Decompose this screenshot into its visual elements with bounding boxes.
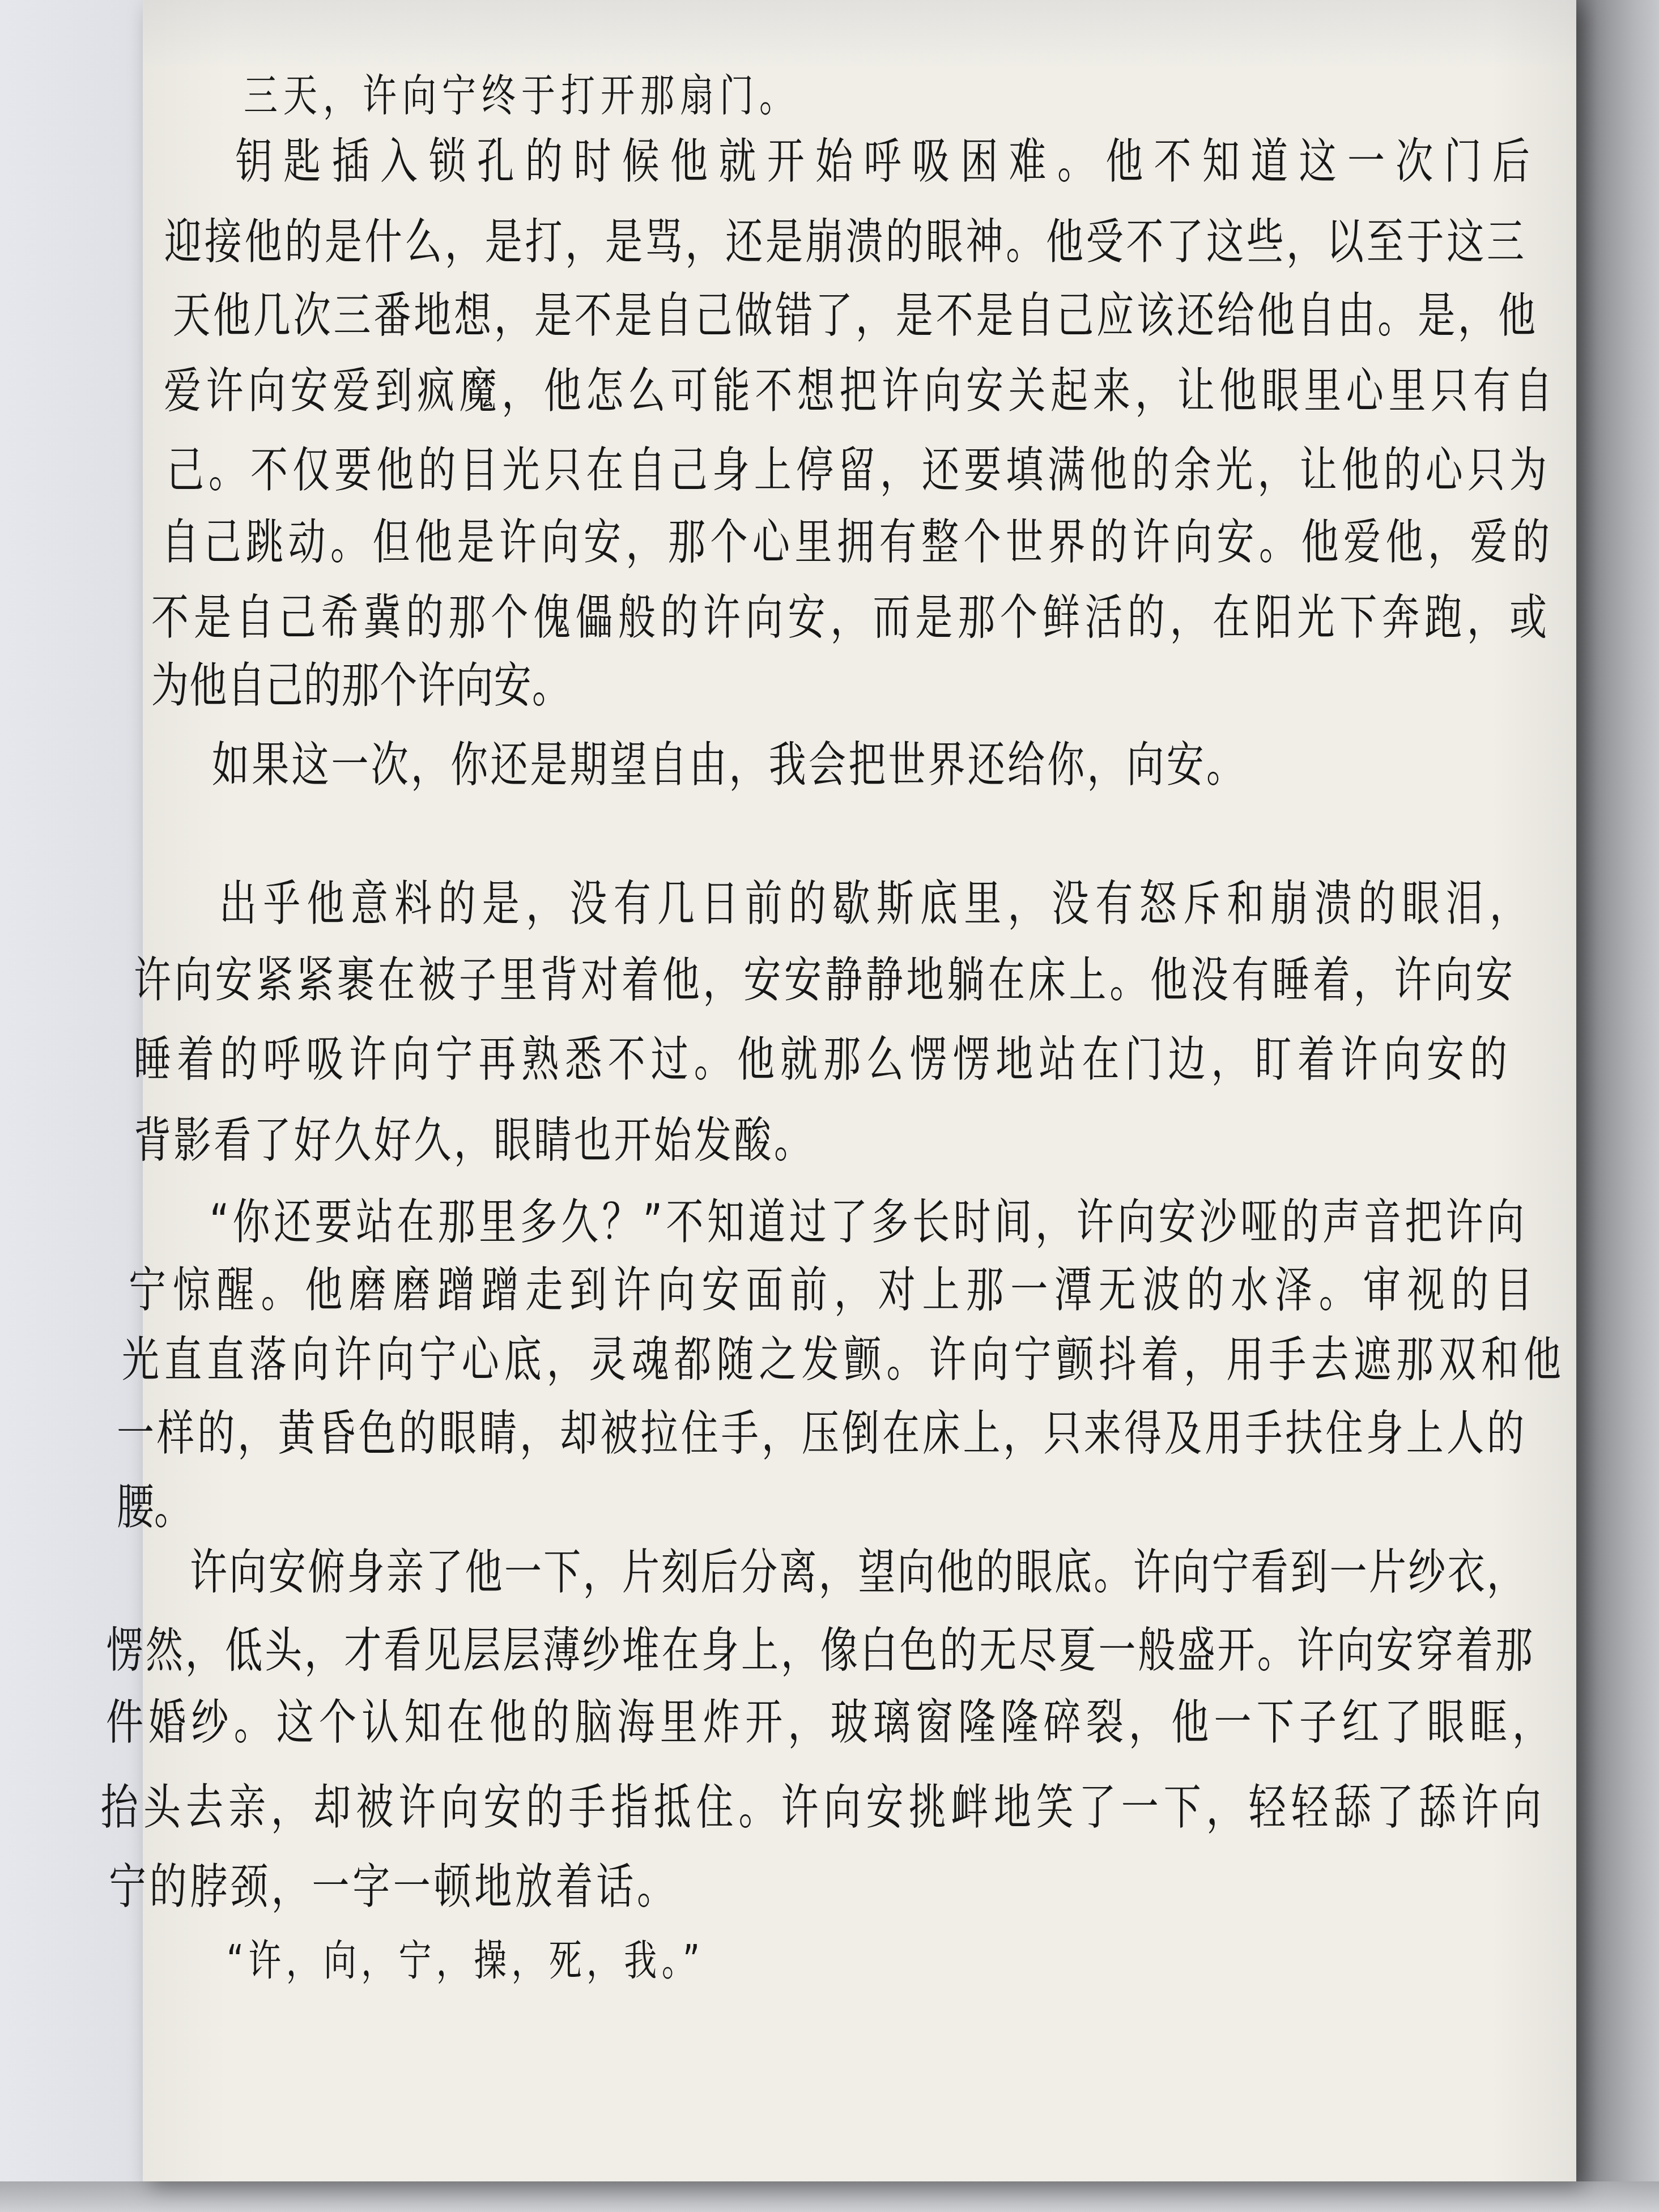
handwritten-line: 件婚纱。这个认知在他的脑海里炸开，玻璃窗隆隆碎裂，他一下子红了眼眶， — [106, 1686, 1550, 1759]
handwritten-line: 如果这一次，你还是期望自由，我会把世界还给你，向安。 — [212, 728, 1244, 802]
handwritten-line: 一样的，黄昏色的眼睛，却被拉住手，压倒在床上，只来得及用手扶住身上人的 — [117, 1397, 1524, 1470]
handwritten-line: 背影看了好久好久，眼睛也开始发酸。 — [134, 1104, 811, 1177]
handwritten-line: 许向安俯身亲了他一下，片刻后分离，望向他的眼底。许向宁看到一片纱衣， — [190, 1535, 1524, 1609]
handwritten-line: 己。不仅要他的目光只在自己身上停留，还要填满他的余光，让他的心只为 — [167, 433, 1547, 507]
handwritten-line: 许向安紧紧裹在被子里背对着他，安安静静地躺在床上。他没有睡着，许向安 — [134, 943, 1513, 1017]
handwritten-line: 为他自己的那个许向安。 — [151, 649, 569, 722]
handwritten-line: 睡着的呼吸许向宁再熟悉不过。他就那么愣愣地站在门边，盯着许向安的 — [134, 1023, 1507, 1096]
handwritten-line: 不是自己希冀的那个傀儡般的许向安，而是那个鲜活的，在阳光下奔跑，或 — [151, 581, 1547, 654]
handwritten-line: 天他几次三番地想，是不是自己做错了，是不是自己应该还给他自由。是，他 — [173, 279, 1535, 352]
handwritten-line: “你还要站在那里多久？”不知道过了多长时间，许向安沙哑的声音把许向 — [210, 1185, 1524, 1259]
handwritten-line: “许，向，宁，操，死，我。” — [227, 1924, 700, 1997]
handwritten-line: 三天，许向宁终于打开那扇门。 — [244, 59, 793, 133]
handwritten-line: 出乎他意料的是，没有几日前的歇斯底里，没有怒斥和崩溃的眼泪， — [219, 867, 1527, 941]
handwritten-line: 迎接他的是什么，是打，是骂，还是崩溃的眼神。他受不了这些，以至于这三 — [164, 205, 1524, 279]
handwritten-line: 愣然，低头，才看见层层薄纱堆在身上，像白色的无尽夏一般盛开。许向安穿着那 — [106, 1614, 1533, 1687]
handwritten-line: 光直直落向许向宁心底，灵魂都随之发颤。许向宁颤抖着，用手去遮那双和他 — [122, 1323, 1561, 1397]
paper-shadow — [1576, 0, 1659, 2212]
handwritten-line: 自己跳动。但他是许向安，那个心里拥有整个世界的许向安。他爱他，爱的 — [161, 505, 1550, 579]
handwritten-line: 钥匙插入锁孔的时候他就开始呼吸困难。他不知道这一次门后 — [235, 125, 1530, 198]
handwritten-line: 宁的脖颈，一字一顿地放着话。 — [109, 1850, 674, 1924]
handwritten-line: 腰。 — [117, 1470, 196, 1544]
handwritten-line: 抬头去亲，却被许向安的手指抵住。许向安挑衅地笑了一下，轻轻舔了舔许向 — [101, 1771, 1541, 1844]
handwritten-line: 宁惊醒。他磨磨蹭蹭走到许向安面前，对上那一潭无波的水泽。审视的目 — [129, 1253, 1533, 1327]
handwritten-line: 爱许向安爱到疯魔，他怎么可能不想把许向安关起来，让他眼里心里只有自 — [164, 354, 1552, 428]
background-surface-bottom — [0, 2181, 1659, 2212]
